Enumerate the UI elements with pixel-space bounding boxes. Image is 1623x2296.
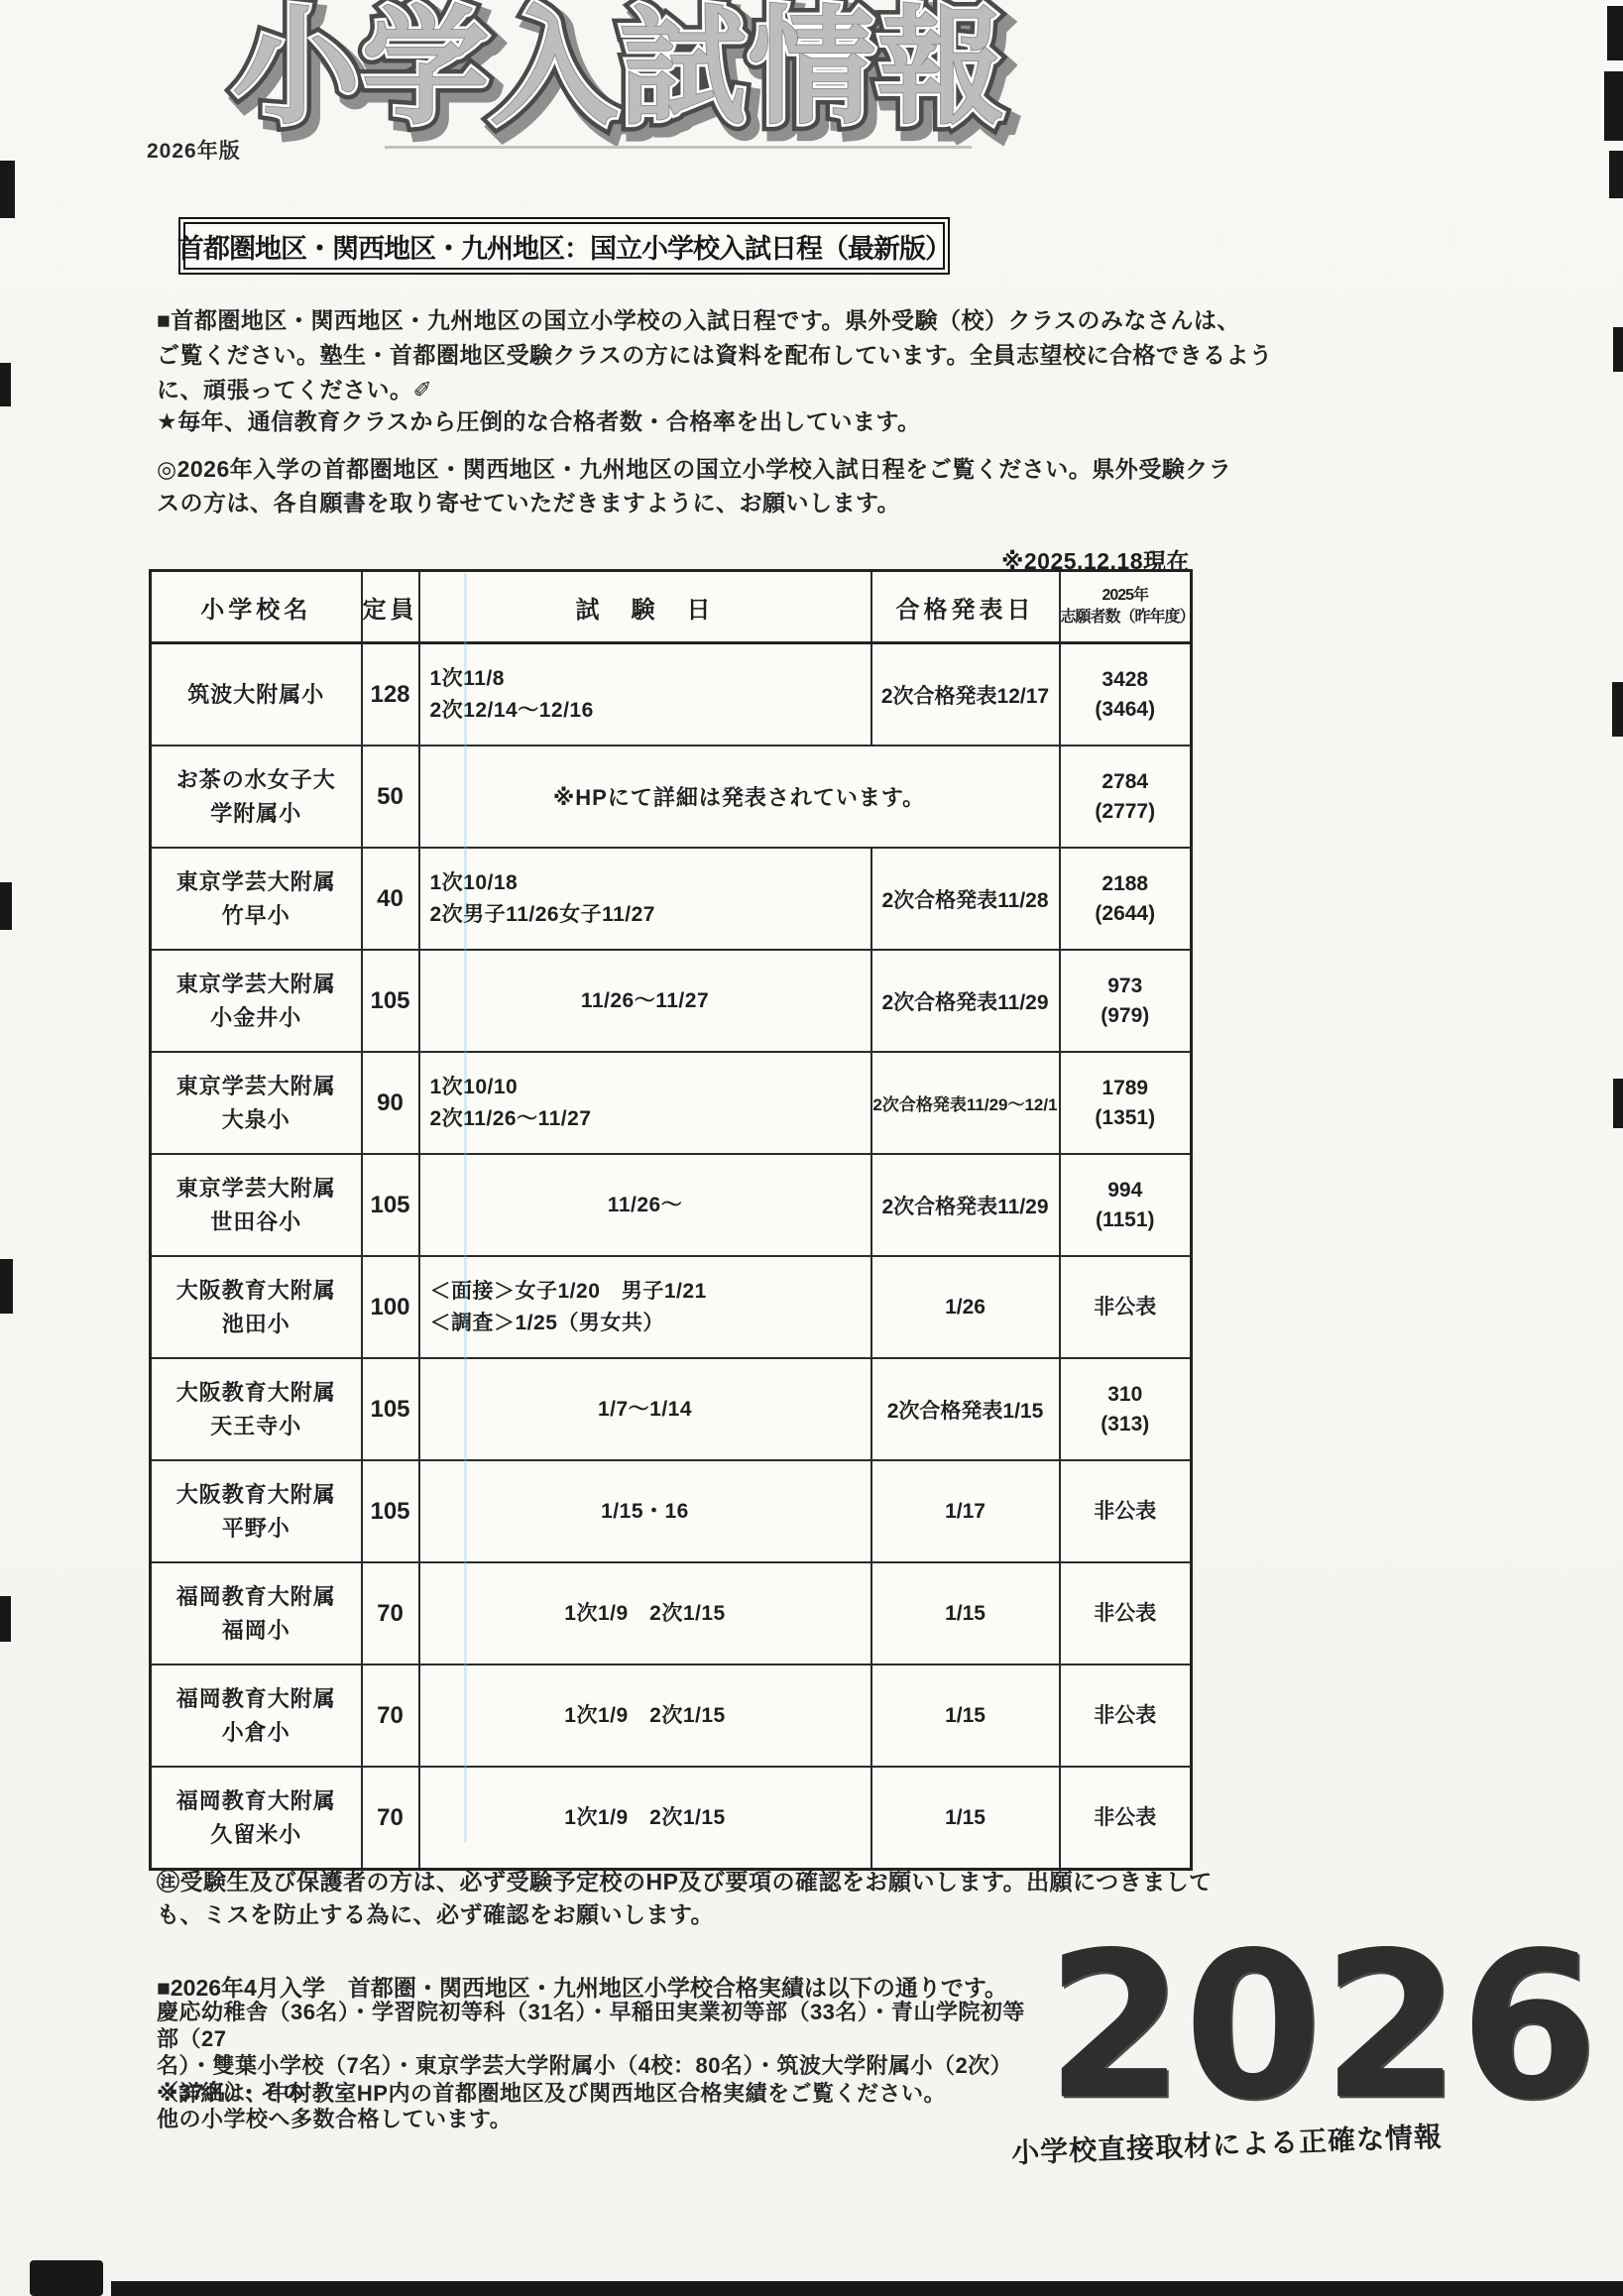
scan-artifact <box>1612 682 1623 737</box>
scan-artifact <box>0 1259 13 1314</box>
school-name-cell: 東京学芸大附属 世田谷小 <box>151 1154 362 1256</box>
exam-date-cell: 1次11/8 2次12/14～12/16 <box>419 643 871 746</box>
applicants-cell: 非公表 <box>1060 1256 1192 1358</box>
announce-date-cell: 1/15 <box>871 1665 1060 1767</box>
applicants-cell: 非公表 <box>1060 1665 1192 1767</box>
table-row: 福岡教育大附属 久留米小701次1/9 2次1/151/15非公表 <box>151 1767 1192 1870</box>
announce-date-cell: 1/15 <box>871 1562 1060 1665</box>
capacity-cell: 128 <box>362 643 419 746</box>
hp-note-cell: ※HPにて詳細は発表されています。 <box>419 746 1060 848</box>
table-row: 大阪教育大附属 天王寺小1051/7～1/142次合格発表1/15310 (31… <box>151 1358 1192 1460</box>
school-name-cell: 東京学芸大附属 大泉小 <box>151 1052 362 1154</box>
subtitle-banner: 首都圏地区・関西地区・九州地区：国立小学校入試日程（最新版） <box>178 217 950 275</box>
table-row: 福岡教育大附属 小倉小701次1/9 2次1/151/15非公表 <box>151 1665 1192 1767</box>
exam-date-cell: 1/7～1/14 <box>419 1358 871 1460</box>
exam-date-cell: ＜面接＞女子1/20 男子1/21 ＜調査＞1/25（男女共） <box>419 1256 871 1358</box>
exam-date-cell: 1次1/9 2次1/15 <box>419 1562 871 1665</box>
exam-date-cell: 11/26～11/27 <box>419 950 871 1052</box>
scan-artifact <box>1604 71 1623 141</box>
year-2026-graphic: 2026 <box>1046 1926 1598 2128</box>
capacity-cell: 105 <box>362 1154 419 1256</box>
capacity-cell: 70 <box>362 1767 419 1870</box>
applicants-cell: 2784 (2777) <box>1060 746 1192 848</box>
results-body: 慶応幼稚舎（36名）・学習院初等科（31名）・早稲田実業初等部（33名）・青山学… <box>157 1999 1029 2132</box>
announce-date-cell: 1/15 <box>871 1767 1060 1870</box>
capacity-cell: 105 <box>362 1460 419 1562</box>
announce-date-cell: 2次合格発表11/29 <box>871 1154 1060 1256</box>
school-name-cell: 大阪教育大附属 平野小 <box>151 1460 362 1562</box>
announce-date-cell: 2次合格発表11/29 <box>871 950 1060 1052</box>
applicants-cell: 3428 (3464) <box>1060 643 1192 746</box>
capacity-cell: 105 <box>362 950 419 1052</box>
announce-date-cell: 1/17 <box>871 1460 1060 1562</box>
capacity-cell: 40 <box>362 848 419 950</box>
applicants-cell: 994 (1151) <box>1060 1154 1192 1256</box>
scan-artifact <box>1613 1079 1623 1128</box>
table-row: 東京学芸大附属 世田谷小10511/26～2次合格発表11/29994 (115… <box>151 1154 1192 1256</box>
header-capacity: 定員 <box>362 571 419 643</box>
table-row: 筑波大附属小1281次11/8 2次12/14～12/162次合格発表12/17… <box>151 643 1192 746</box>
table-row: 東京学芸大附属 小金井小10511/26～11/272次合格発表11/29973… <box>151 950 1192 1052</box>
school-name-cell: 筑波大附属小 <box>151 643 362 746</box>
school-name-cell: お茶の水女子大 学附属小 <box>151 746 362 848</box>
school-name-cell: 東京学芸大附属 小金井小 <box>151 950 362 1052</box>
subtitle-text: 首都圏地区・関西地区・九州地区：国立小学校入試日程（最新版） <box>177 227 951 266</box>
announce-date-cell: 2次合格発表11/28 <box>871 848 1060 950</box>
table-row: お茶の水女子大 学附属小50※HPにて詳細は発表されています。2784 (277… <box>151 746 1192 848</box>
exam-schedule-table: 小学校名 定員 試 験 日 合格発表日 2025年 志願者数（昨年度） 筑波大附… <box>149 569 1193 1871</box>
school-name-cell: 大阪教育大附属 天王寺小 <box>151 1358 362 1460</box>
applicants-cell: 非公表 <box>1060 1767 1192 1870</box>
intro-paragraph: ■首都圏地区・関西地区・九州地区の国立小学校の入試日程です。県外受験（校）クラス… <box>157 303 1545 407</box>
announce-date-cell: 2次合格発表11/29～12/1 <box>871 1052 1060 1154</box>
header-applicants: 2025年 志願者数（昨年度） <box>1060 571 1192 643</box>
school-name-cell: 福岡教育大附属 小倉小 <box>151 1665 362 1767</box>
exam-date-cell: 11/26～ <box>419 1154 871 1256</box>
table-row: 福岡教育大附属 福岡小701次1/9 2次1/151/15非公表 <box>151 1562 1192 1665</box>
scan-artifact <box>0 161 15 218</box>
table-row: 東京学芸大附属 竹早小401次10/18 2次男子11/26女子11/272次合… <box>151 848 1192 950</box>
applicants-cell: 973 (979) <box>1060 950 1192 1052</box>
main-title: 小学入試情報 小学入試情報 小学入試情報 小学入試情報 <box>208 0 1031 163</box>
title-underline <box>385 146 972 149</box>
table-header-row: 小学校名 定員 試 験 日 合格発表日 2025年 志願者数（昨年度） <box>151 571 1192 643</box>
table-row: 大阪教育大附属 平野小1051/15・161/17非公表 <box>151 1460 1192 1562</box>
capacity-cell: 100 <box>362 1256 419 1358</box>
header-school: 小学校名 <box>151 571 362 643</box>
capacity-cell: 50 <box>362 746 419 848</box>
header-exam-date: 試 験 日 <box>419 571 871 643</box>
schedule-table-body: 筑波大附属小1281次11/8 2次12/14～12/162次合格発表12/17… <box>151 643 1192 1870</box>
school-name-cell: 大阪教育大附属 池田小 <box>151 1256 362 1358</box>
applicants-cell: 310 (313) <box>1060 1358 1192 1460</box>
main-title-fill: 小学入試情報 <box>233 0 1006 139</box>
announce-date-cell: 2次合格発表1/15 <box>871 1358 1060 1460</box>
exam-date-cell: 1次1/9 2次1/15 <box>419 1767 871 1870</box>
scanned-flyer-page: 2026年版 小学入試情報 小学入試情報 小学入試情報 小学入試情報 首都圏地区… <box>0 0 1623 2296</box>
applicants-cell: 2188 (2644) <box>1060 848 1192 950</box>
school-name-cell: 福岡教育大附属 福岡小 <box>151 1562 362 1665</box>
school-name-cell: 東京学芸大附属 竹早小 <box>151 848 362 950</box>
scan-artifact <box>464 573 467 1842</box>
scan-artifact <box>0 882 12 930</box>
scan-artifact <box>0 1596 11 1642</box>
scan-artifact <box>111 2281 1623 2296</box>
scan-artifact <box>0 363 11 406</box>
scan-artifact <box>30 2260 103 2296</box>
applicants-cell: 1789 (1351) <box>1060 1052 1192 1154</box>
announce-date-cell: 2次合格発表12/17 <box>871 643 1060 746</box>
applicants-cell: 非公表 <box>1060 1460 1192 1562</box>
exam-date-cell: 1/15・16 <box>419 1460 871 1562</box>
school-name-cell: 福岡教育大附属 久留米小 <box>151 1767 362 1870</box>
capacity-cell: 105 <box>362 1358 419 1460</box>
exam-date-cell: 1次1/9 2次1/15 <box>419 1665 871 1767</box>
exam-date-cell: 1次10/10 2次11/26～11/27 <box>419 1052 871 1154</box>
achievement-note: ★毎年、通信教育クラスから圧倒的な合格者数・合格率を出しています。 <box>157 404 1545 439</box>
capacity-cell: 90 <box>362 1052 419 1154</box>
scan-artifact <box>1609 151 1623 198</box>
scan-artifact <box>1607 6 1623 60</box>
capacity-cell: 70 <box>362 1665 419 1767</box>
announce-date-cell: 1/26 <box>871 1256 1060 1358</box>
table-row: 大阪教育大附属 池田小100＜面接＞女子1/20 男子1/21 ＜調査＞1/25… <box>151 1256 1192 1358</box>
exam-date-cell: 1次10/18 2次男子11/26女子11/27 <box>419 848 871 950</box>
table-row: 東京学芸大附属 大泉小901次10/10 2次11/26～11/272次合格発表… <box>151 1052 1192 1154</box>
scan-artifact <box>1613 327 1623 372</box>
schedule-paragraph: ◎2026年入学の首都圏地区・関西地区・九州地区の国立小学校入試日程をご覧くださ… <box>157 452 1545 519</box>
header-announce-date: 合格発表日 <box>871 571 1060 643</box>
capacity-cell: 70 <box>362 1562 419 1665</box>
applicants-cell: 非公表 <box>1060 1562 1192 1665</box>
